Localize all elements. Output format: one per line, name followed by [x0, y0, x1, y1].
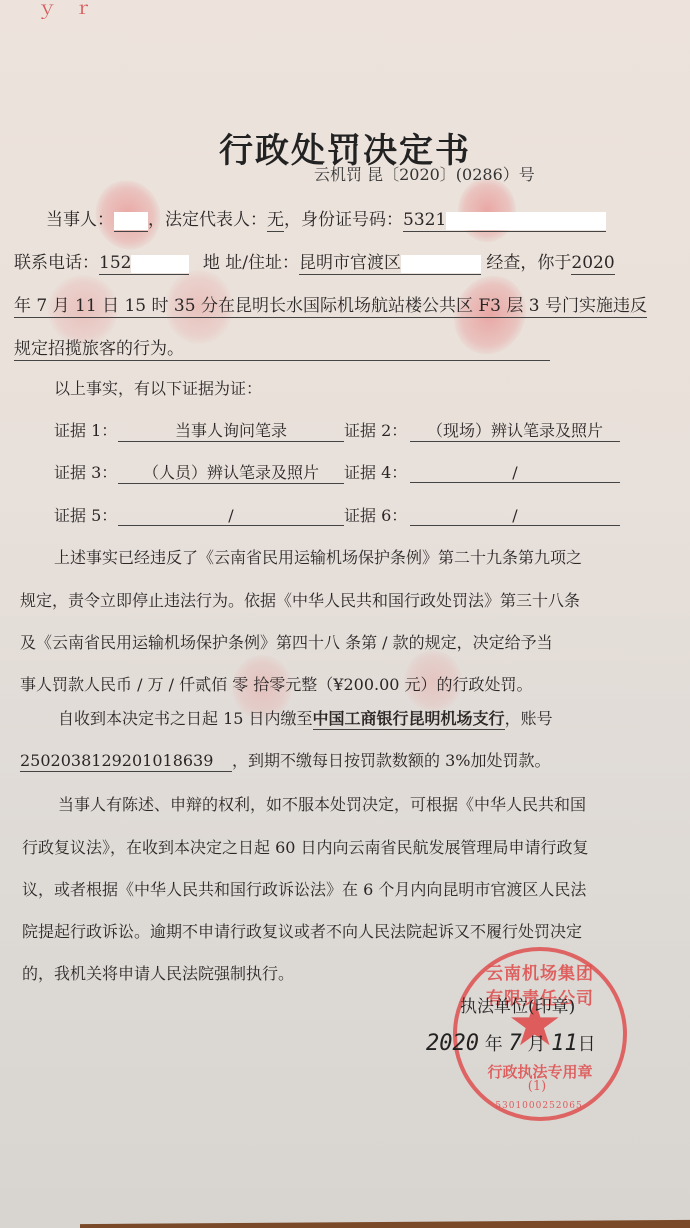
evidence-value: （人员）辨认笔录及照片	[118, 460, 344, 484]
evidence-row: 证据 1：当事人询问笔录证据 2：（现场）辨认笔录及照片	[54, 418, 620, 442]
evidence-value: （现场）辨认笔录及照片	[410, 418, 620, 442]
party-label: 当事人：	[46, 210, 114, 230]
evidence-intro: 以上事实，有以下证据为证：	[54, 376, 262, 399]
corner-ink-mark: ｙｒ	[38, 0, 110, 20]
phone-label: 联系电话：	[14, 253, 99, 273]
evidence-value: /	[410, 463, 620, 483]
rights-line: 行政复议法》，在收到本决定之日起 60 日内向云南省民航发展管理局申请行政复	[22, 835, 589, 858]
id-label: ，身份证号码：	[284, 210, 403, 230]
bank-name: 中国工商银行昆明机场支行	[313, 709, 505, 730]
payment-line: 自收到本决定书之日起 15 日内缴至中国工商银行昆明机场支行，账号	[58, 706, 553, 729]
rights-line: 院提起行政诉讼。逾期不申请行政复议或者不向人民法院起诉又不履行处罚决定	[22, 919, 582, 942]
legal-basis-line: 事人罚款人民币 / 万 / 仟贰佰 零 拾零元整（¥200.00 元）的行政处罚…	[20, 672, 533, 695]
evidence-value: /	[118, 506, 344, 526]
legal-rep-value: 无	[267, 210, 284, 232]
evidence-value: 当事人询问笔录	[118, 418, 344, 442]
rights-line: 的，我机关将申请人民法院强制执行。	[22, 961, 294, 984]
legal-rep-label: ，法定代表人：	[148, 210, 267, 230]
party-line: 当事人：，法定代表人：无，身份证号码：5321	[46, 205, 606, 230]
legal-basis-line: 及《云南省民用运输机场保护条例》第四十八 条第 / 款的规定，决定给予当	[20, 630, 553, 653]
evidence-row: 证据 3：（人员）辨认笔录及照片证据 4：/	[54, 460, 620, 484]
document-page: ｙｒ 行政处罚决定书 云机罚 昆〔2020〕(0286）号 当事人：，法定代表人…	[0, 0, 690, 1228]
address-label: 地 址/住址：	[203, 253, 299, 273]
violation-line: 规定招揽旅客的行为。	[14, 334, 550, 361]
rights-line: 当事人有陈述、申辩的权利，如不服本处罚决定，可根据《中华人民共和国	[58, 792, 586, 815]
seal-number: 5301000252065	[479, 1101, 599, 1111]
seal-sub-text: (1)	[457, 1079, 617, 1094]
document-number: 云机罚 昆〔2020〕(0286）号	[314, 162, 535, 185]
signature-date: 2020 年 7 月 11日	[426, 1030, 596, 1056]
address-value: 昆明市官渡区	[299, 253, 481, 275]
party-name-redacted	[114, 210, 148, 232]
enforcement-unit-label: 执法单位(印章)	[460, 992, 575, 1017]
legal-basis-line: 规定，责令立即停止违法行为。依据《中华人民共和国行政处罚法》第三十八条	[20, 588, 580, 611]
finding-year: 2020	[571, 253, 614, 275]
id-number: 5321	[403, 210, 606, 232]
finding-label: 经查，你于	[486, 253, 571, 273]
phone-number: 152	[99, 253, 189, 275]
contact-line: 联系电话：152 地 址/住址：昆明市官渡区 经查，你于2020	[14, 248, 615, 273]
violation-line: 年 7 月 11 日 15 时 35 分在昆明长水国际机场航站楼公共区 F3 层…	[14, 291, 647, 316]
payment-line: 2502038129201018639，到期不缴每日按罚款数额的 3%加处罚款。	[20, 748, 550, 772]
rights-line: 议，或者根据《中华人民共和国行政诉讼法》在 6 个月内向昆明市官渡区人民法	[22, 877, 586, 900]
desk-edge	[80, 1220, 690, 1228]
account-number: 2502038129201018639	[20, 751, 232, 772]
evidence-row: 证据 5：/证据 6：/	[54, 503, 620, 526]
evidence-value: /	[410, 506, 620, 526]
legal-basis-line: 上述事实已经违反了《云南省民用运输机场保护条例》第二十九条第九项之	[54, 545, 582, 568]
